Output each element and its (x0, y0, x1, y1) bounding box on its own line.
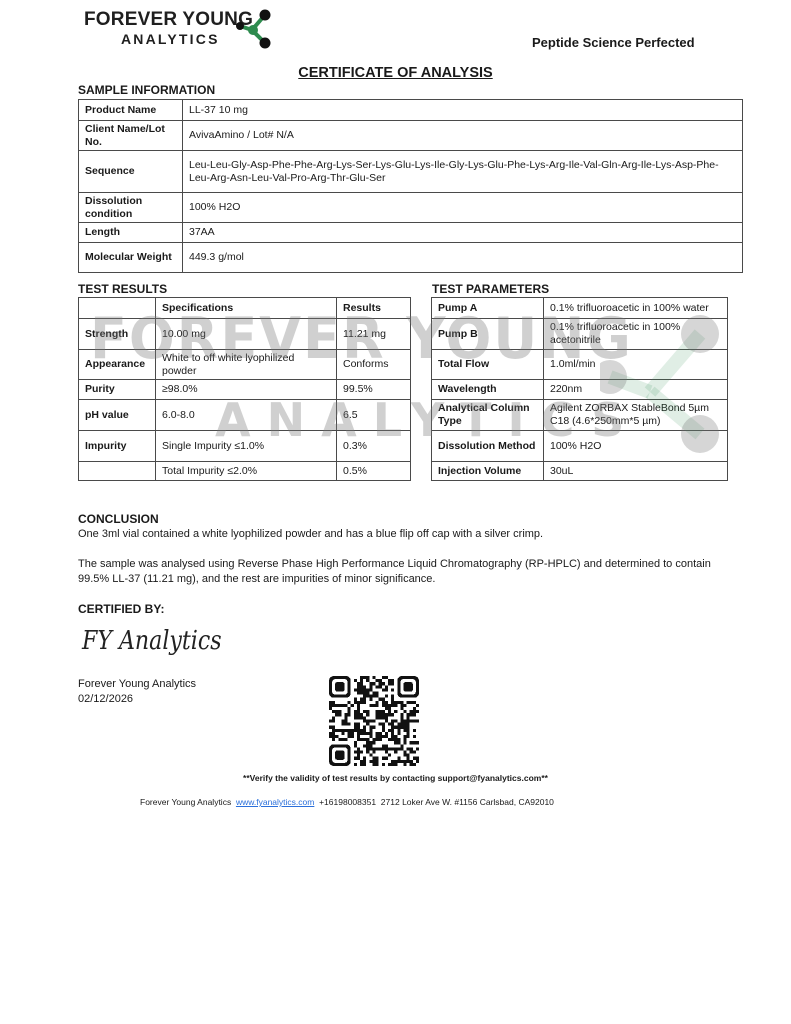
row-value: 37AA (183, 223, 743, 243)
page-title: CERTIFICATE OF ANALYSIS (0, 65, 791, 81)
table-row: Pump B 0.1% trifluoroacetic in 100% acet… (432, 319, 728, 350)
test-spec: ≥98.0% (156, 380, 337, 400)
qr-code-icon[interactable] (329, 676, 419, 766)
table-row: Appearance White to off white lyophilize… (79, 350, 411, 380)
param-value: 0.1% trifluoroacetic in 100% acetonitril… (544, 319, 728, 350)
test-results-table: Specifications Results Strength 10.00 mg… (78, 297, 411, 481)
param-value: Agilent ZORBAX StableBond 5µm C18 (4.6*2… (544, 400, 728, 431)
param-label: Injection Volume (432, 462, 544, 481)
conclusion-paragraph-1: One 3ml vial contained a white lyophiliz… (78, 527, 718, 542)
table-row: Dissolution Method 100% H2O (432, 431, 728, 462)
molecule-icon (232, 6, 276, 50)
test-result: 0.3% (337, 431, 411, 462)
table-header-row: Specifications Results (79, 298, 411, 319)
param-label: Pump B (432, 319, 544, 350)
table-row: pH value 6.0-8.0 6.5 (79, 400, 411, 431)
test-name: Purity (79, 380, 156, 400)
tagline: Peptide Science Perfected (532, 35, 695, 50)
row-value: 449.3 g/mol (183, 243, 743, 273)
verification-note: **Verify the validity of test results by… (0, 773, 791, 783)
test-spec: 6.0-8.0 (156, 400, 337, 431)
table-row: Purity ≥98.0% 99.5% (79, 380, 411, 400)
table-row: Impurity Single Impurity ≤1.0% 0.3% (79, 431, 411, 462)
test-name (79, 462, 156, 481)
logo-subtext: ANALYTICS (121, 31, 220, 47)
sample-information-heading: SAMPLE INFORMATION (78, 83, 215, 97)
row-value: 100% H2O (183, 193, 743, 223)
logo-text: FOREVER YOUNG (84, 9, 253, 31)
table-row: Strength 10.00 mg 11.21 mg (79, 319, 411, 350)
test-result: 11.21 mg (337, 319, 411, 350)
footer-contact: Forever Young Analytics www.fyanalytics.… (140, 797, 554, 807)
sample-information-table: Product Name LL-37 10 mg Client Name/Lot… (78, 99, 743, 273)
param-value: 220nm (544, 380, 728, 400)
test-name: pH value (79, 400, 156, 431)
table-row: Sequence Leu-Leu-Gly-Asp-Phe-Phe-Arg-Lys… (79, 151, 743, 193)
test-results-heading: TEST RESULTS (78, 282, 167, 296)
signature: FY Analytics (82, 626, 222, 656)
test-parameters-heading: TEST PARAMETERS (432, 282, 549, 296)
param-value: 0.1% trifluoroacetic in 100% water (544, 298, 728, 319)
row-label: Client Name/Lot No. (79, 121, 183, 151)
table-row: Total Impurity ≤2.0% 0.5% (79, 462, 411, 481)
row-label: Sequence (79, 151, 183, 193)
test-spec: 10.00 mg (156, 319, 337, 350)
conclusion-paragraph-2: The sample was analysed using Reverse Ph… (78, 557, 718, 587)
certifier-company: Forever Young Analytics (78, 677, 196, 692)
table-row: Analytical Column Type Agilent ZORBAX St… (432, 400, 728, 431)
row-value: Leu-Leu-Gly-Asp-Phe-Phe-Arg-Lys-Ser-Lys-… (183, 151, 743, 193)
footer-company: Forever Young Analytics (140, 797, 231, 807)
test-parameters-table: Pump A 0.1% trifluoroacetic in 100% wate… (431, 297, 728, 481)
param-label: Pump A (432, 298, 544, 319)
test-name: Appearance (79, 350, 156, 380)
param-label: Dissolution Method (432, 431, 544, 462)
param-value: 30uL (544, 462, 728, 481)
test-name: Impurity (79, 431, 156, 462)
test-spec: White to off white lyophilized powder (156, 350, 337, 380)
row-label: Product Name (79, 100, 183, 121)
param-label: Total Flow (432, 350, 544, 380)
column-header (79, 298, 156, 319)
table-row: Product Name LL-37 10 mg (79, 100, 743, 121)
test-spec: Single Impurity ≤1.0% (156, 431, 337, 462)
table-row: Total Flow 1.0ml/min (432, 350, 728, 380)
certification-date: 02/12/2026 (78, 692, 133, 707)
param-value: 100% H2O (544, 431, 728, 462)
table-row: Pump A 0.1% trifluoroacetic in 100% wate… (432, 298, 728, 319)
column-header: Specifications (156, 298, 337, 319)
conclusion-heading: CONCLUSION (78, 512, 159, 526)
param-label: Analytical Column Type (432, 400, 544, 431)
table-row: Length 37AA (79, 223, 743, 243)
table-row: Client Name/Lot No. AvivaAmino / Lot# N/… (79, 121, 743, 151)
table-row: Dissolution condition 100% H2O (79, 193, 743, 223)
test-name: Strength (79, 319, 156, 350)
row-value: LL-37 10 mg (183, 100, 743, 121)
test-result: 0.5% (337, 462, 411, 481)
test-result: 99.5% (337, 380, 411, 400)
website-link[interactable]: www.fyanalytics.com (236, 797, 314, 807)
row-value: AvivaAmino / Lot# N/A (183, 121, 743, 151)
table-row: Wavelength 220nm (432, 380, 728, 400)
test-result: Conforms (337, 350, 411, 380)
test-result: 6.5 (337, 400, 411, 431)
table-row: Injection Volume 30uL (432, 462, 728, 481)
param-value: 1.0ml/min (544, 350, 728, 380)
param-label: Wavelength (432, 380, 544, 400)
row-label: Length (79, 223, 183, 243)
test-spec: Total Impurity ≤2.0% (156, 462, 337, 481)
certified-by-heading: CERTIFIED BY: (78, 602, 164, 616)
row-label: Molecular Weight (79, 243, 183, 273)
table-row: Molecular Weight 449.3 g/mol (79, 243, 743, 273)
column-header: Results (337, 298, 411, 319)
footer-phone: +16198008351 (319, 797, 376, 807)
footer-address: 2712 Loker Ave W. #1156 Carlsbad, CA9201… (381, 797, 554, 807)
row-label: Dissolution condition (79, 193, 183, 223)
